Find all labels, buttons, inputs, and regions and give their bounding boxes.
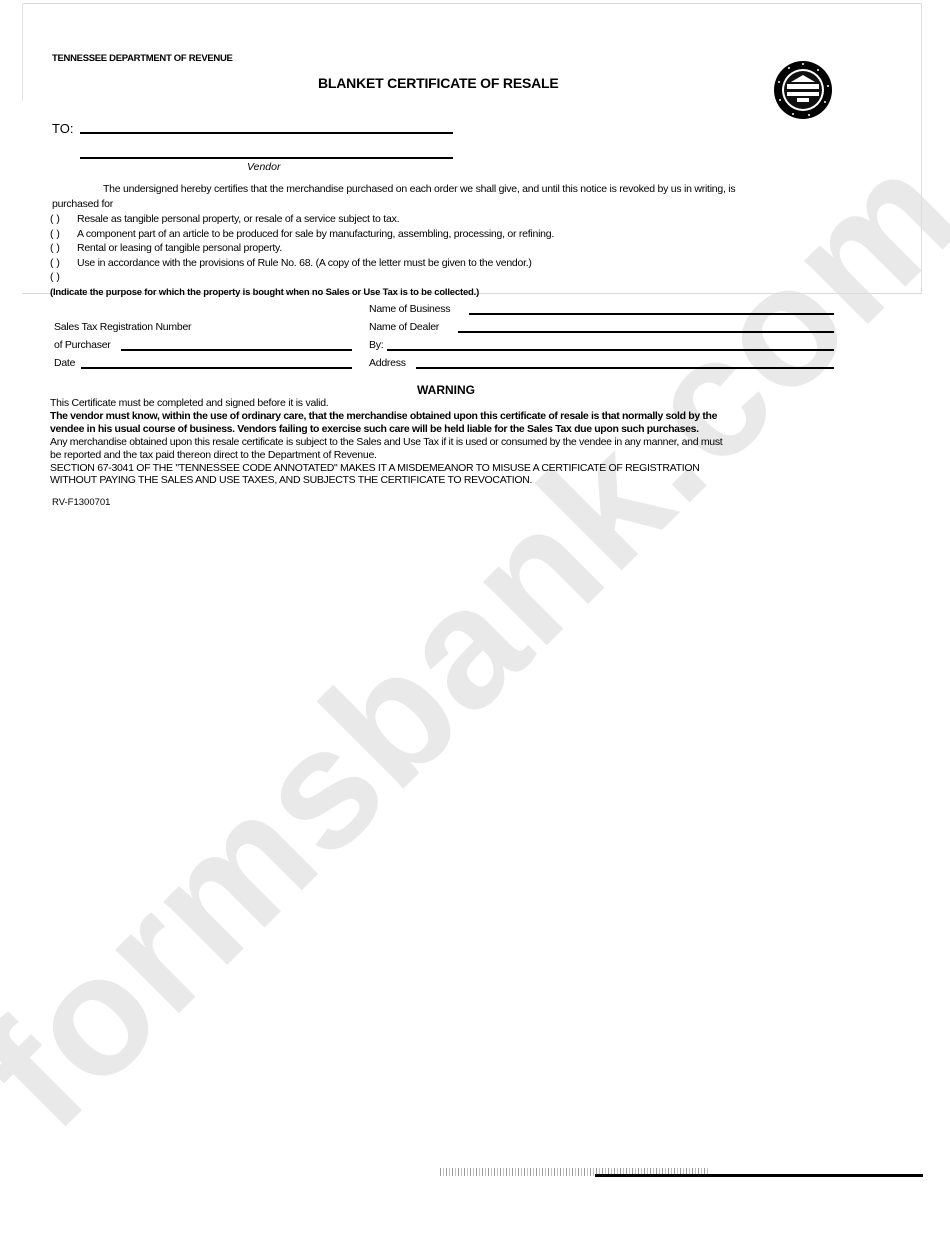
option-checkbox-resale[interactable]: ( ) xyxy=(50,213,60,225)
option-label-component: A component part of an article to be pro… xyxy=(77,228,554,240)
option-label-resale: Resale as tangible personal property, or… xyxy=(77,213,399,225)
warning-line-2: The vendor must know, within the use of … xyxy=(50,410,717,422)
option-checkbox-other[interactable]: ( ) xyxy=(50,271,60,283)
certification-intro: The undersigned hereby certifies that th… xyxy=(103,183,735,195)
by-signature-field[interactable] xyxy=(387,349,834,351)
date-label: Date xyxy=(54,357,75,369)
to-label: TO: xyxy=(52,121,73,136)
option-label-rule-68: Use in accordance with the provisions of… xyxy=(77,257,532,269)
warning-line-4: Any merchandise obtained upon this resal… xyxy=(50,436,722,448)
registration-number-field[interactable] xyxy=(121,349,352,351)
option-checkbox-rule-68[interactable]: ( ) xyxy=(50,257,60,269)
address-label: Address xyxy=(369,357,406,369)
resale-certificate-form: TENNESSEE DEPARTMENT OF REVENUE BLANKET … xyxy=(0,0,950,1237)
state-seal-icon xyxy=(773,60,833,120)
department-name: TENNESSEE DEPARTMENT OF REVENUE xyxy=(52,53,233,64)
vendor-line-1-field[interactable] xyxy=(80,132,453,134)
dealer-name-field[interactable] xyxy=(458,331,834,333)
warning-line-3: vendee in his usual course of business. … xyxy=(50,423,699,435)
option-checkbox-rental[interactable]: ( ) xyxy=(50,242,60,254)
registration-number-label-continued: of Purchaser xyxy=(54,339,111,351)
warning-line-5: be reported and the tax paid thereon dir… xyxy=(50,449,377,461)
warning-line-1: This Certificate must be completed and s… xyxy=(50,397,328,409)
option-label-rental: Rental or leasing of tangible personal p… xyxy=(77,242,282,254)
warning-line-6: SECTION 67-3041 OF THE "TENNESSEE CODE A… xyxy=(50,462,700,474)
certification-intro-continued: purchased for xyxy=(52,198,113,210)
date-field[interactable] xyxy=(81,367,352,369)
warning-line-7: WITHOUT PAYING THE SALES AND USE TAXES, … xyxy=(50,474,532,486)
dealer-name-label: Name of Dealer xyxy=(369,321,439,333)
form-code: RV-F1300701 xyxy=(52,497,110,508)
business-name-label: Name of Business xyxy=(369,303,450,315)
warning-heading: WARNING xyxy=(417,383,475,397)
option-checkbox-component[interactable]: ( ) xyxy=(50,228,60,240)
bottom-rule xyxy=(595,1174,923,1177)
business-name-field[interactable] xyxy=(469,313,834,315)
address-field[interactable] xyxy=(416,367,834,369)
vendor-line-2-field[interactable] xyxy=(80,157,453,159)
document-title: BLANKET CERTIFICATE OF RESALE xyxy=(318,75,559,91)
registration-number-label: Sales Tax Registration Number xyxy=(54,321,191,333)
purpose-note: (Indicate the purpose for which the prop… xyxy=(50,287,479,298)
by-label: By: xyxy=(369,339,383,351)
vendor-caption: Vendor xyxy=(247,161,280,173)
